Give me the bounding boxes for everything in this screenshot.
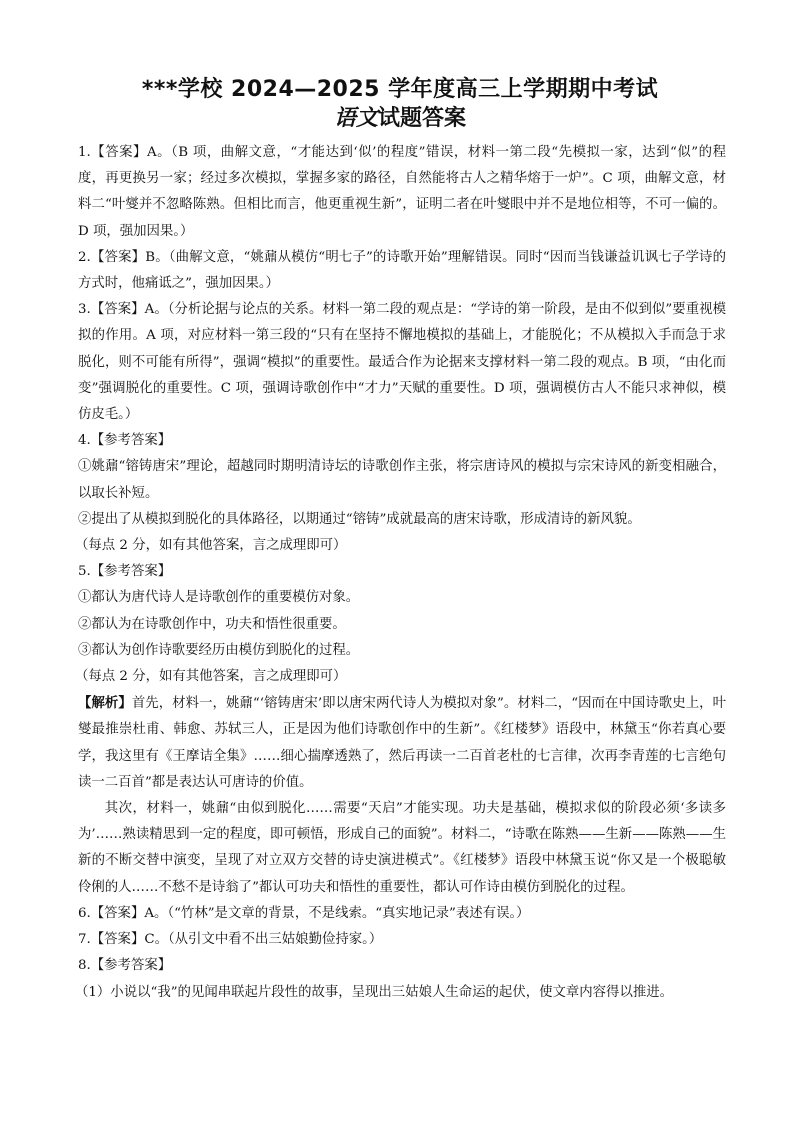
answer-q8-point-1: （1）小说以“我”的见闻串联起片段性的故事，呈现出三姑娘人生命运的起伏，使文章内…: [75, 980, 726, 1006]
document-title: ***学校 2024—2025 学年度高三上学期期中考试: [0, 76, 800, 104]
subject-art-text: 语文: [334, 105, 378, 131]
answer-q5-analysis: 【解析】首先，材料一，姚鼐“‘镕铸唐宋’即以唐宋两代诗人为模拟对象”。材料二，“…: [78, 690, 726, 796]
answer-q4-point-2: ②提出了从模拟到脱化的具体路径，以期通过“镕铸”成就最高的唐宋诗歌，形成清诗的新…: [78, 507, 726, 533]
answer-q6: 6.【答案】A。（“竹林”是文章的背景，不是线索。“真实地记录”表述有误。）: [78, 901, 726, 927]
analysis-label: 【解析】: [78, 695, 132, 711]
answer-q5-heading: 5.【参考答案】: [78, 559, 726, 585]
answer-q1: 1.【答案】A。（B 项，曲解文意，“才能达到‘似’的程度”错误，材料一第二段“…: [78, 140, 726, 245]
answer-q4-point-1: ①姚鼐“镕铸唐宋”理论，超越同时期明清诗坛的诗歌创作主张，将宗唐诗风的模拟与宗宋…: [78, 454, 726, 506]
answer-body: 1.【答案】A。（B 项，曲解文意，“才能达到‘似’的程度”错误，材料一第二段“…: [78, 140, 726, 1006]
answer-q5-point-2: ②都认为在诗歌创作中，功夫和悟性很重要。: [78, 612, 726, 638]
answer-q5-point-1: ①都认为唐代诗人是诗歌创作的重要模仿对象。: [78, 585, 726, 611]
document-subtitle: 语文试题答案: [0, 104, 800, 133]
exam-answer-page: ***学校 2024—2025 学年度高三上学期期中考试 语文试题答案 1.【答…: [0, 0, 800, 1131]
analysis-text: 首先，材料一，姚鼐“‘镕铸唐宋’即以唐宋两代诗人为模拟对象”。材料二，“因而在中…: [78, 696, 726, 790]
answer-q4-heading: 4.【参考答案】: [78, 428, 726, 454]
subtitle-rest: 试题答案: [378, 106, 466, 131]
answer-q5-scoring-note: （每点 2 分，如有其他答案，言之成理即可）: [75, 664, 726, 690]
answer-q2: 2.【答案】B。（曲解文意，“姚鼐从模仿“明七子”的诗歌开始”理解错误。同时“因…: [78, 245, 726, 297]
answer-q8-heading: 8.【参考答案】: [78, 953, 726, 979]
answer-q5-analysis-2: 其次，材料一，姚鼐“由似到脱化……需要“天启”才能实现。功夫是基础，模拟求似的阶…: [78, 796, 726, 901]
answer-q5-point-3: ③都认为创作诗歌要经历由模仿到脱化的过程。: [78, 638, 726, 664]
answer-q3: 3.【答案】A。（分析论据与论点的关系。材料一第二段的观点是：“学诗的第一阶段，…: [78, 297, 726, 428]
answer-q4-scoring-note: （每点 2 分，如有其他答案，言之成理即可）: [75, 533, 726, 559]
answer-q7: 7.【答案】C。（从引文中看不出三姑娘勤俭持家。）: [78, 927, 726, 953]
